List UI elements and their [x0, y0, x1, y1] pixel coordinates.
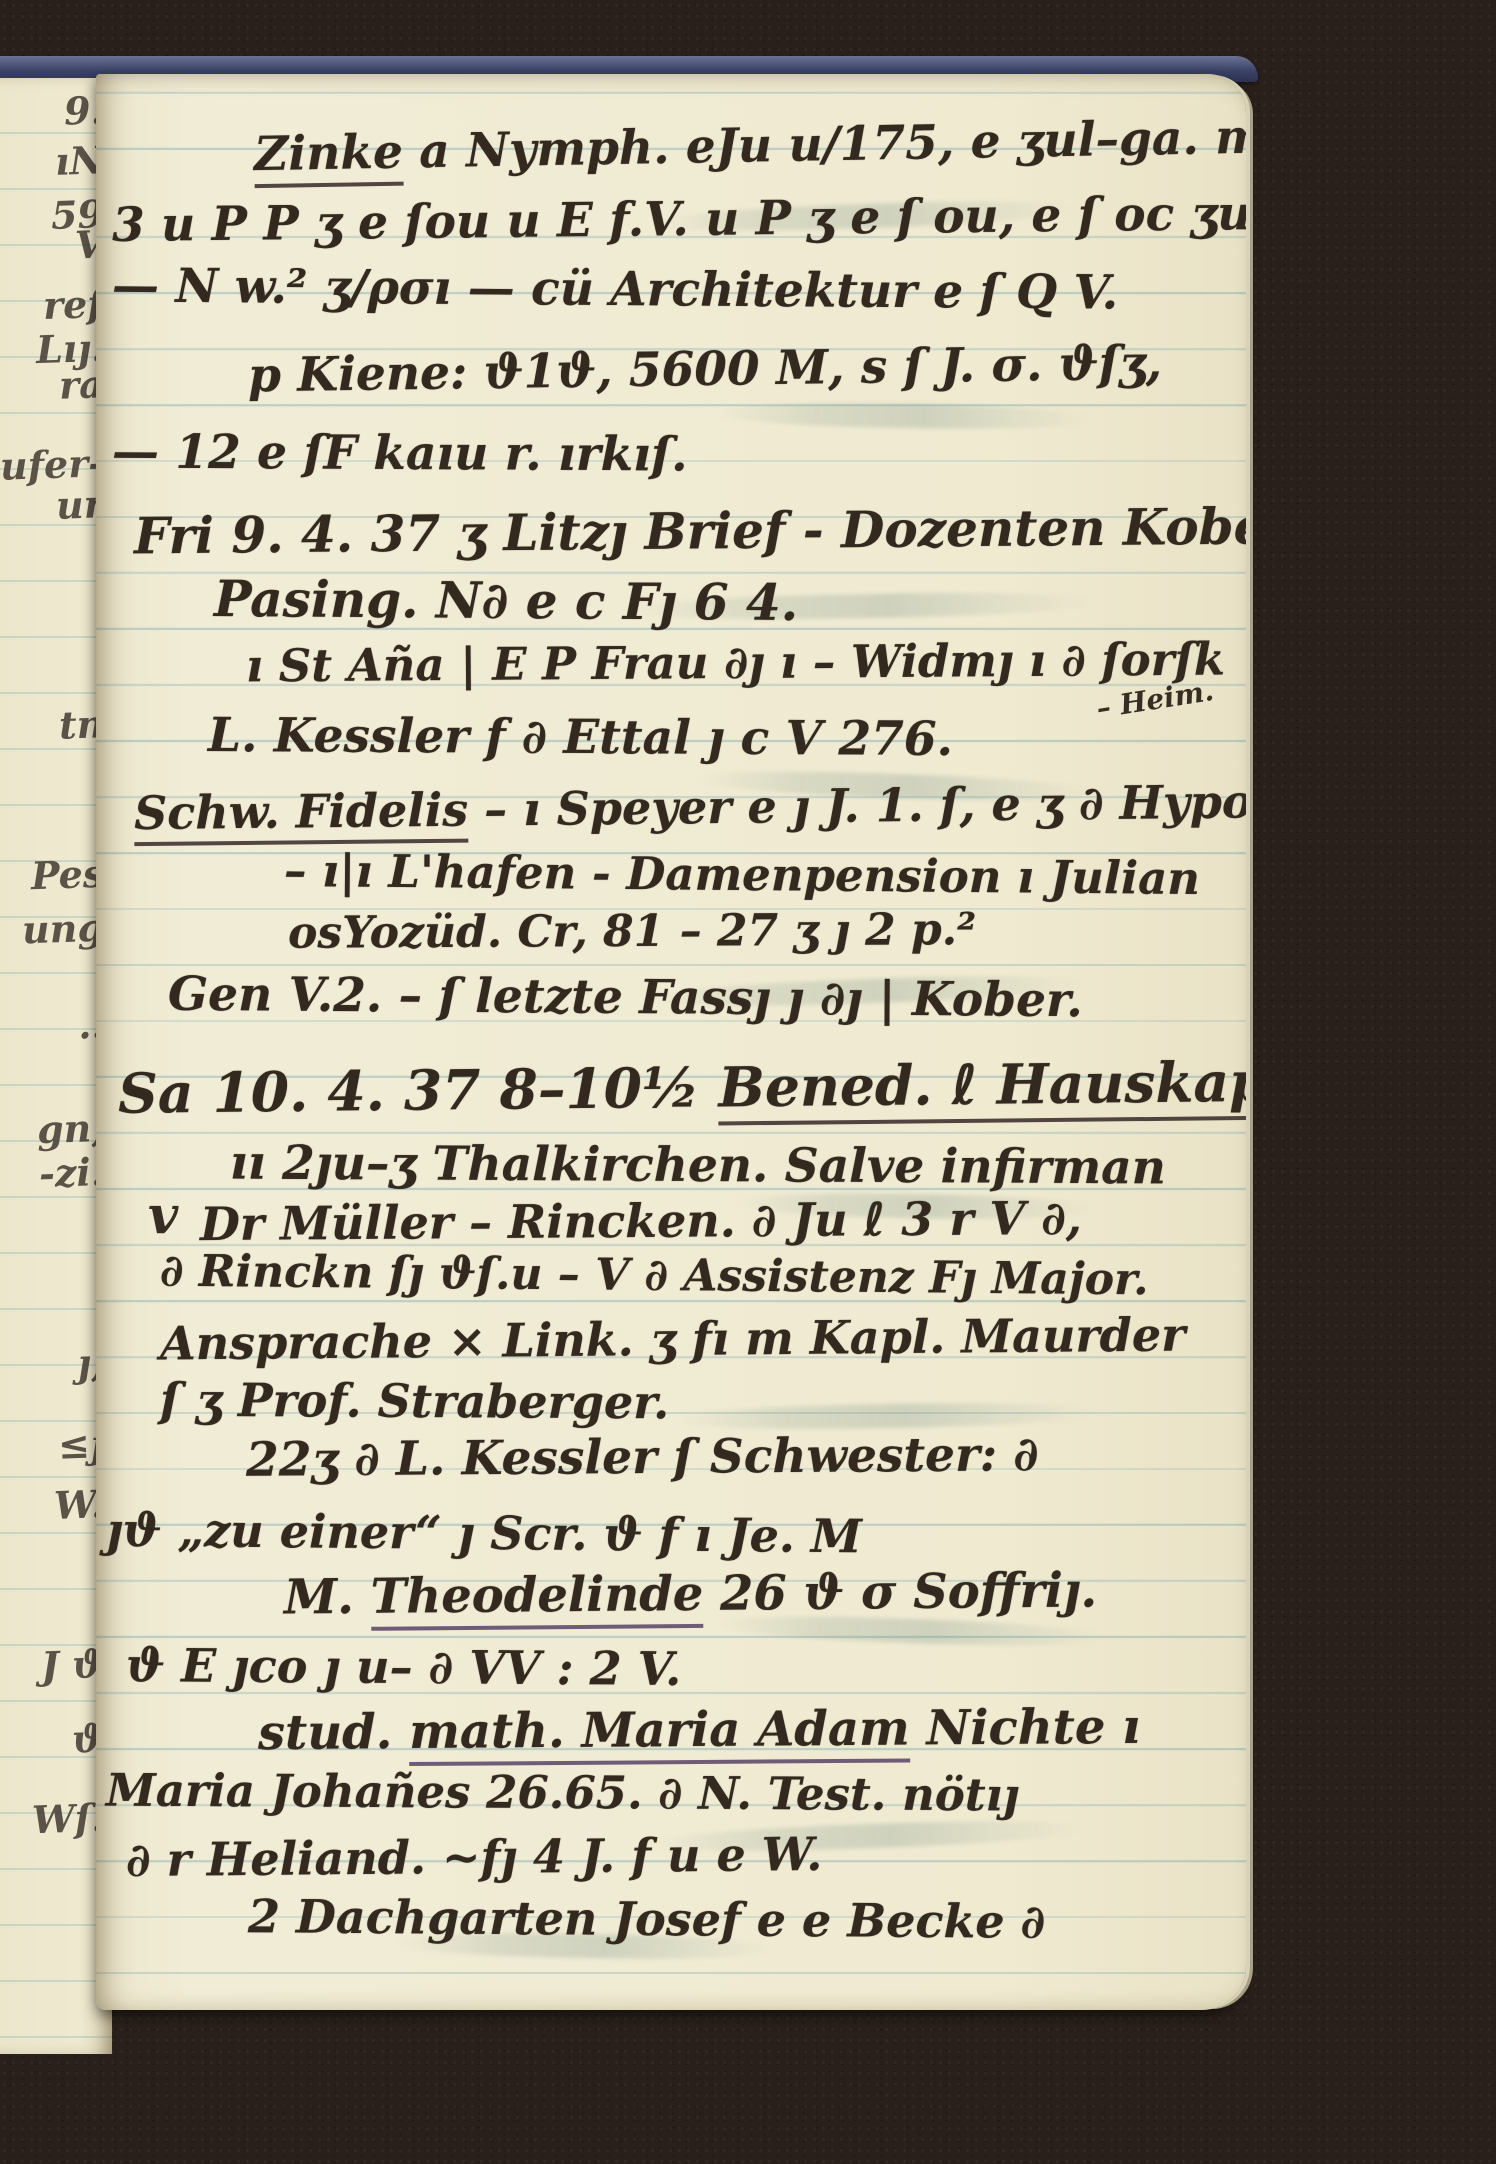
handwritten-line: Dr Müller – Rincken. ∂ Ju ℓ 3 r V ∂, [200, 1195, 1082, 1247]
handwritten-line: ſ ʒ Prof. Straberger. [160, 1377, 669, 1426]
handwritten-line: M. Theodelinde 26 ϑ σ Soffriȷ. [284, 1566, 1097, 1621]
handwritten-line: stud. math. Maria Adam Nichte ı [258, 1703, 1141, 1757]
handwritten-line: ∂ r Heliand. ~fȷ 4 J. f u e W. [126, 1831, 823, 1883]
photo-of-notebook: { "document": { "kind_label": "Handwritt… [0, 0, 1496, 2164]
check-mark: v [148, 1190, 178, 1242]
margin-fragment: Wſ. [31, 1799, 105, 1839]
handwritten-line: – ı|ı L'hafen - Damenpension ı Julian [284, 848, 1200, 901]
handwritten-line: ∂ Rinckn ſȷ ϑſ.u – V ∂ Assistenz Fȷ Majo… [160, 1250, 1149, 1303]
handwritten-line: Gen V.2. – ſ letzte Fassȷ ȷ ∂ȷ | Kober. [168, 971, 1083, 1024]
handwritten-line: Pasing. N∂ e c Fȷ 6 4. [214, 574, 799, 628]
handwritten-line: — N w.² ʒ/ρσı — cü Architektur e ſ Q V. [112, 262, 1118, 316]
handwritten-line: Ansprache × Link. ʒ fı m Kapl. Maurder [160, 1312, 1186, 1367]
margin-fragment: -zi. [38, 1153, 104, 1193]
handwritten-line: 3 u P P ʒ e ſou u E f.V. u P ʒ e ſ ou, e… [112, 190, 1246, 249]
handwritten-line: Fri 9. 4. 37 ʒ Litzȷ Brief - Dozenten Ko… [134, 501, 1246, 562]
margin-fragment: ufer- [0, 444, 105, 486]
handwritten-line: ıı 2ȷu–ʒ Thalkirchen. Salve infirman [230, 1140, 1166, 1192]
ink-bleedthrough [716, 401, 1096, 432]
handwritten-line: 2 Dachgarten Josef e e Becke ∂ [248, 1893, 1046, 1945]
handwritten-line: osYozüd. Cr, 81 – 27 ʒ ȷ 2 p.² [288, 908, 977, 956]
handwritten-line: Zinke a Nymph. eJu u/175, e ʒul–ga. m ∂ [254, 113, 1246, 178]
handwritten-line: Maria Johañes 26.65. ∂ N. Test. nötıȷ [106, 1768, 1019, 1818]
notebook-page: Zinke a Nymph. eJu u/175, e ʒul–ga. m ∂ … [96, 74, 1246, 2010]
handwritten-line: 22ʒ ∂ L. Kessler ſ Schwester: ∂ [246, 1431, 1039, 1484]
handwritten-line: ȷϑ „zu einer“ ȷ Scr. ϑ f ı Je. M [106, 1507, 862, 1560]
margin-fragment: ung [22, 909, 105, 950]
handwritten-line: Schw. Fidelis – ı Speyer e ȷ J. 1. ſ, e … [134, 778, 1246, 836]
margin-fragment: J ϑ [40, 1645, 105, 1685]
handwritten-line: p Kiene: ϑ1ϑ, 5600 M, s ſ J. σ. ϑſʒ, [248, 340, 1163, 400]
handwritten-line: ı St Aña | E P Frau ∂ȷ ı – Widmȷ ı ∂ ſor… [246, 637, 1225, 689]
handwritten-line: L. Kessler f ∂ Ettal ȷ c V 276. [208, 712, 953, 763]
handwritten-line: ϑ E ȷco ȷ u– ∂ VV : 2 V. [126, 1642, 682, 1692]
margin-fragment: Pes [30, 855, 104, 896]
handwritten-line: Sa 10. 4. 37 8–10½ Bened. ℓ Hauskapelle … [118, 1052, 1246, 1121]
margin-fragment: gn, [36, 1109, 105, 1149]
handwritten-line: — 12 e ſF kaıu r. ırkıſ. [112, 428, 688, 478]
